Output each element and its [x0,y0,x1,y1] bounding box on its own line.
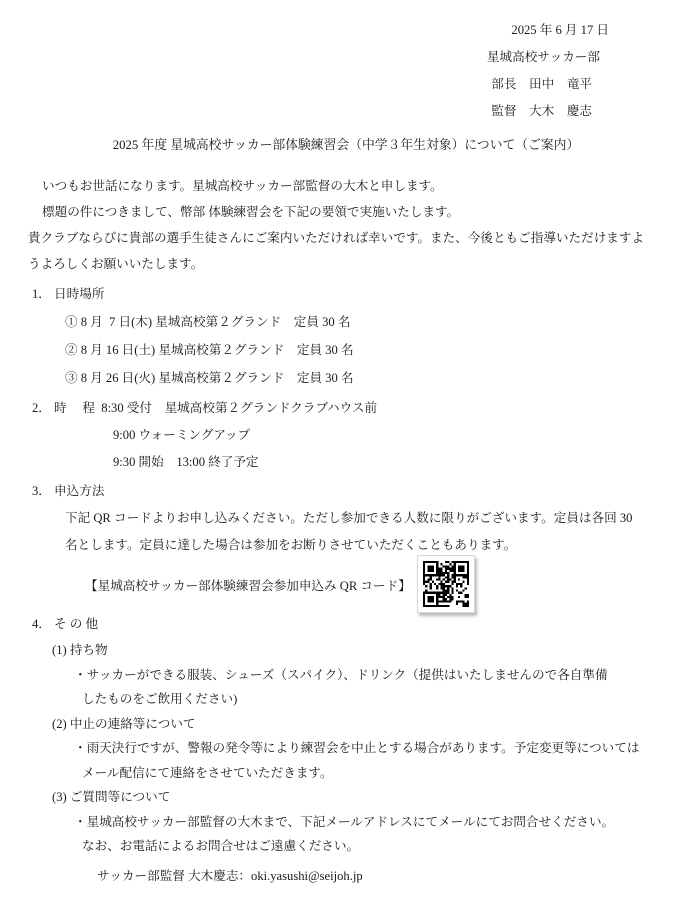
other-item-label: (1) 持ち物 [52,638,664,663]
section-datetime-place: 1． 日時場所 ① 8 月 7 日(木) 星城高校第２グランド 定員 30 名 … [28,281,664,392]
other-continuation-line: なお、お電話によるお問合せはご遠慮ください。 [82,834,664,859]
intro-line: いつもお世話になります。星城高校サッカー部監督の大木と申します。 [28,173,664,199]
schedule-item: ① 8 月 7 日(木) 星城高校第２グランド 定員 30 名 [65,308,664,336]
sender-coach-line: 監督 大木 慶志 [28,98,664,125]
timetable-line: 9:30 開始 13:00 終了予定 [113,449,664,476]
schedule-item: ② 8 月 16 日(土) 星城高校第２グランド 定員 30 名 [65,336,664,364]
schedule-item: ③ 8 月 26 日(火) 星城高校第２グランド 定員 30 名 [65,364,664,392]
section-timetable: 2． 時 程 8:30 受付 星城高校第２グランドクラブハウス前 9:00 ウォ… [28,395,664,476]
timetable-line: 2． 時 程 8:30 受付 星城高校第２グランドクラブハウス前 [32,395,664,422]
intro-line: うよろしくお願いいたします。 [28,251,664,277]
sender-director-line: 部長 田中 竜平 [28,71,664,98]
qr-code-box [417,555,475,613]
timetable-line: 9:00 ウォーミングアップ [113,422,664,449]
date-line: 2025 年 6 月 17 日 [28,17,664,44]
intro-paragraph: いつもお世話になります。星城高校サッカー部監督の大木と申します。 標題の件につき… [28,173,664,277]
contact-email-line: サッカー部監督 大木慶志：oki.yasushi@seijoh.jp [97,863,664,889]
application-body-line: 下記 QR コードよりお申し込みください。ただし参加できる人数に限りがございます… [65,505,664,532]
intro-line: 標題の件につきまして、幣部 体験練習会を下記の要領で実施いたします。 [28,199,664,225]
sender-org-line: 星城高校サッカー部 [28,44,664,71]
other-bullet-line: ・星城高校サッカー部監督の大木まで、下記メールアドレスにてメールにてお問合せくだ… [74,810,664,835]
document-page: 2025 年 6 月 17 日 星城高校サッカー部 部長 田中 竜平 監督 大木… [0,0,692,912]
other-item-label: (2) 中止の連絡等について [52,712,664,737]
intro-line: 貴クラブならびに貴部の選手生徒さんにご案内いただければ幸いです。また、今後ともご… [28,225,664,251]
document-title: 2025 年度 星城高校サッカー部体験練習会（中学３年生対象）について（ご案内） [28,132,664,159]
other-bullet-line: ・雨天決行ですが、警報の発令等により練習会を中止とする場合があります。予定変更等… [74,736,664,761]
other-continuation-line: したものをご飲用ください) [82,687,664,712]
section-application: 3． 申込方法 下記 QR コードよりお申し込みください。ただし参加できる人数に… [28,478,664,559]
other-item-label: (3) ご質問等について [52,785,664,810]
qr-code-image [423,561,469,607]
other-bullet-line: ・サッカーができる服装、シューズ（スパイク）、ドリンク（提供はいたしませんので各… [74,663,664,688]
section3-heading: 3． 申込方法 [32,478,664,505]
qr-code-label: 【星城高校サッカー部体験練習会参加申込み QR コード】 [85,575,411,594]
section-other: 4． そ の 他 (1) 持ち物 ・サッカーができる服装、シューズ（スパイク）、… [28,611,664,859]
other-continuation-line: メール配信にて連絡をさせていただきます。 [82,761,664,786]
section1-heading: 1． 日時場所 [32,281,664,308]
section4-heading: 4． そ の 他 [32,611,664,638]
qr-code-row: 【星城高校サッカー部体験練習会参加申込み QR コード】 [85,553,664,615]
letter-meta: 2025 年 6 月 17 日 星城高校サッカー部 部長 田中 竜平 監督 大木… [28,17,664,125]
